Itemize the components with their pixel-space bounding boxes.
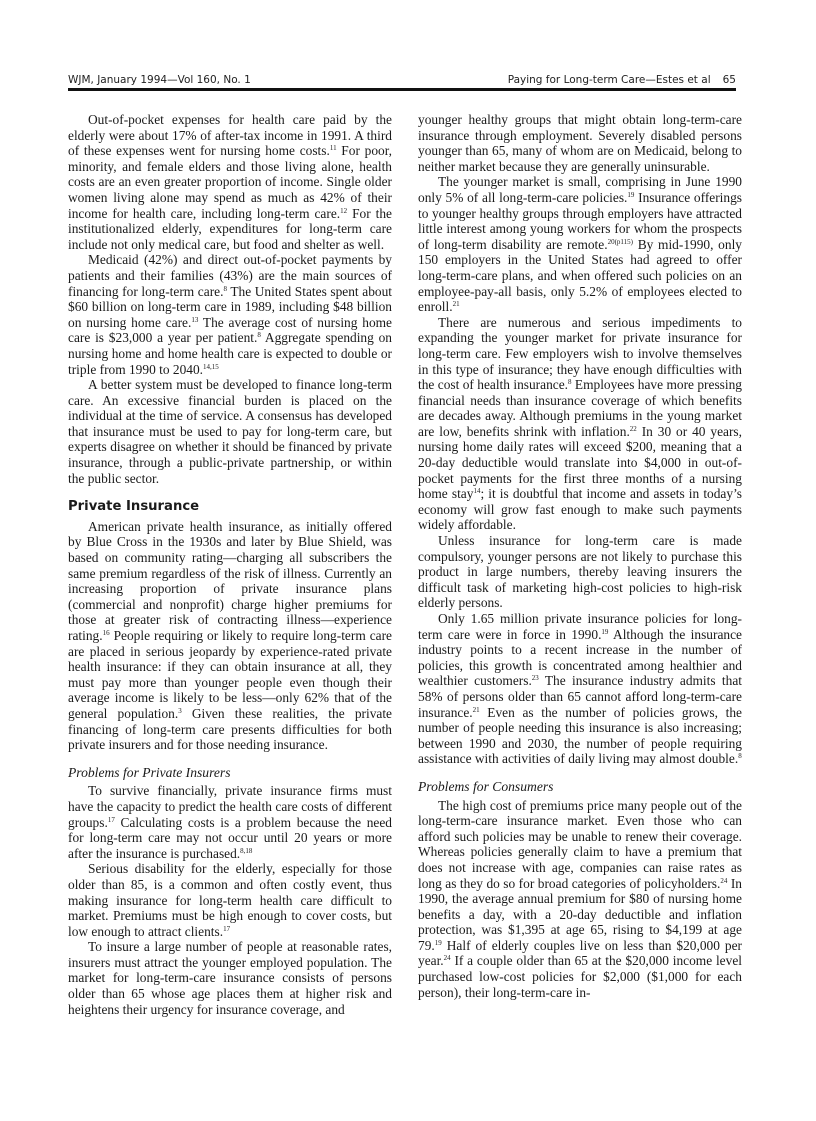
subsection-heading: Problems for Private Insurers [68, 765, 392, 781]
left-column: Out-of-pocket expenses for health care p… [68, 112, 392, 1017]
paragraph: Unless insurance for long-term care is m… [418, 533, 742, 611]
paragraph: American private health insurance, as in… [68, 519, 392, 753]
running-title: Paying for Long-term Care—Estes et al65 [508, 74, 736, 86]
citation-ref: 17 [108, 816, 115, 824]
citation-ref: 11 [330, 144, 337, 152]
text: Calculating costs is a problem because t… [68, 815, 392, 861]
text: If a couple older than 65 at the $20,000… [418, 953, 742, 999]
paragraph: Serious disability for the elderly, espe… [68, 861, 392, 939]
citation-ref: 22 [630, 425, 637, 433]
paragraph: There are numerous and serious impedimen… [418, 315, 742, 533]
paragraph: The younger market is small, comprising … [418, 174, 742, 314]
running-header: WJM, January 1994—Vol 160, No. 1 Paying … [68, 68, 736, 91]
paragraph: To insure a large number of people at re… [68, 939, 392, 1017]
citation-ref: 16 [103, 629, 110, 637]
paragraph: A better system must be developed to fin… [68, 377, 392, 486]
paragraph: Medicaid (42%) and direct out-of-pocket … [68, 252, 392, 377]
section-heading: Private Insurance [68, 499, 392, 515]
journal-citation: WJM, January 1994—Vol 160, No. 1 [68, 74, 251, 86]
paragraph: Only 1.65 million private insurance poli… [418, 611, 742, 767]
citation-ref: 8,18 [240, 847, 252, 855]
text: American private health insurance, as in… [68, 519, 392, 643]
citation-ref: 24 [444, 954, 451, 962]
citation-ref: 14,15 [203, 363, 219, 371]
paragraph: Out-of-pocket expenses for health care p… [68, 112, 392, 252]
paragraph-continued: younger healthy groups that might obtain… [418, 112, 742, 174]
right-column: younger healthy groups that might obtain… [418, 112, 742, 1000]
paragraph: The high cost of premiums price many peo… [418, 798, 742, 1001]
article-short-title: Paying for Long-term Care—Estes et al [508, 74, 711, 86]
citation-ref: 23 [532, 674, 539, 682]
citation-ref: 19 [435, 939, 442, 947]
subsection-heading: Problems for Consumers [418, 779, 742, 795]
citation-ref: 8 [738, 752, 742, 760]
citation-ref: 17 [223, 925, 230, 933]
citation-ref: 21 [453, 300, 460, 308]
citation-ref: 21 [473, 706, 480, 714]
page-number: 65 [723, 74, 736, 86]
paragraph: To survive financially, private insuranc… [68, 783, 392, 861]
citation-ref: 20(p115) [608, 238, 633, 246]
text: The high cost of premiums price many peo… [418, 798, 742, 891]
